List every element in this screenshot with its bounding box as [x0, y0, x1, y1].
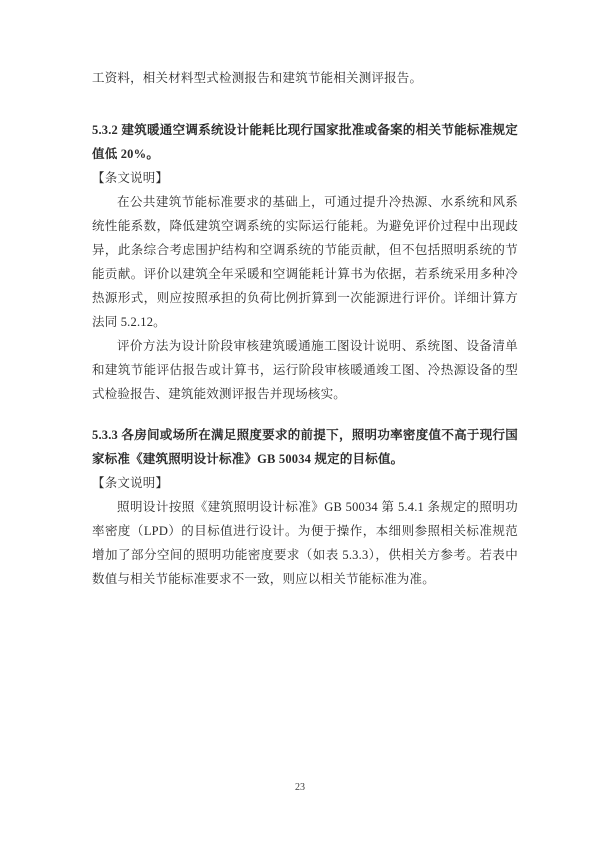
clause-5-3-3-heading: 5.3.3 各房间或场所在满足照度要求的前提下，照明功率密度值不高于现行国家标准… — [92, 423, 518, 471]
clause-5-3-3-note-label: 【条文说明】 — [92, 471, 518, 495]
document-body: 工资料，相关材料型式检测报告和建筑节能相关测评报告。 5.3.2 建筑暖通空调系… — [92, 66, 518, 591]
clause-5-3-2-heading: 5.3.2 建筑暖通空调系统设计能耗比现行国家批准或备案的相关节能标准规定值低 … — [92, 118, 518, 166]
clause-5-3-2-note-label: 【条文说明】 — [92, 166, 518, 190]
continuation-paragraph: 工资料，相关材料型式检测报告和建筑节能相关测评报告。 — [92, 66, 518, 90]
document-page: 工资料，相关材料型式检测报告和建筑节能相关测评报告。 5.3.2 建筑暖通空调系… — [0, 0, 600, 848]
clause-5-3-2-paragraph-2: 评价方法为设计阶段审核建筑暖通施工图设计说明、系统图、设备清单和建筑节能评估报告… — [92, 334, 518, 406]
clause-5-3-3-paragraph-1: 照明设计按照《建筑照明设计标准》GB 50034 第 5.4.1 条规定的照明功… — [92, 495, 518, 591]
page-number: 23 — [0, 782, 600, 793]
clause-5-3-2-paragraph-1: 在公共建筑节能标准要求的基础上，可通过提升冷热源、水系统和风系统性能系数，降低建… — [92, 190, 518, 334]
